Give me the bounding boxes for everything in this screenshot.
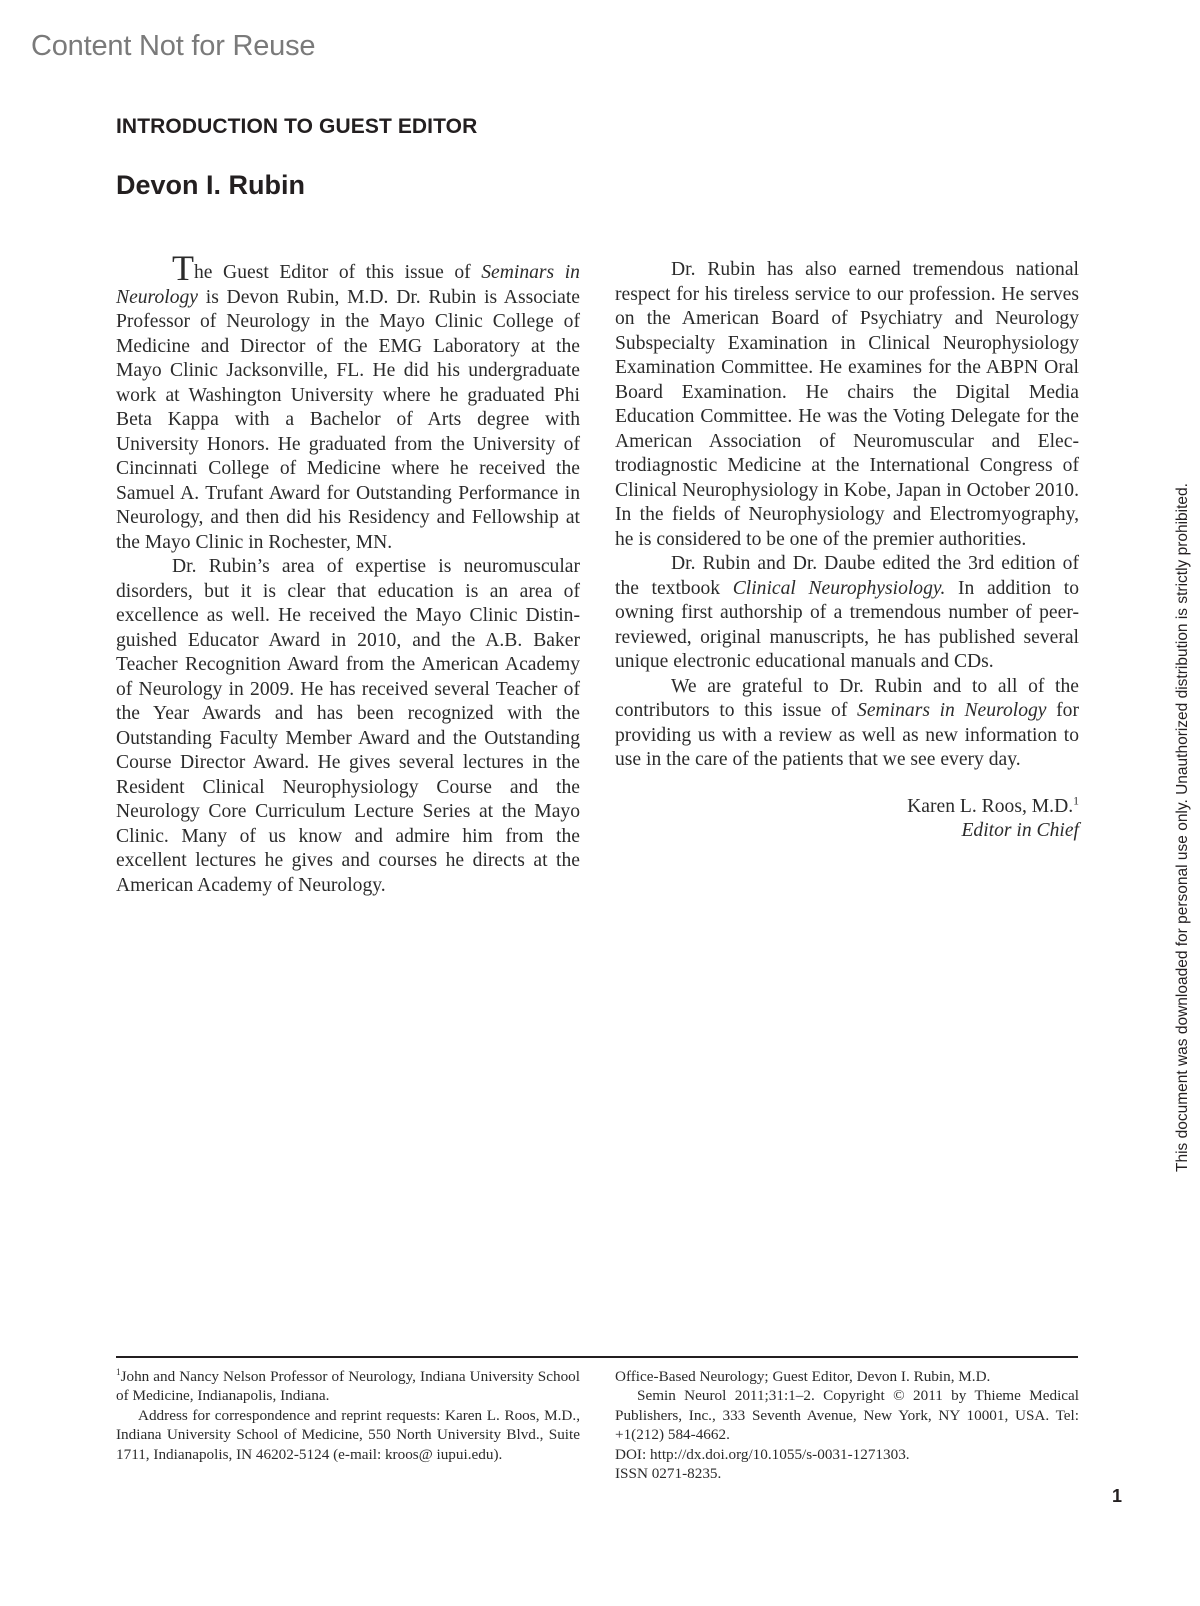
paragraph-textbook: Dr. Rubin and Dr. Daube edited the 3rd e… xyxy=(615,552,1079,675)
guest-editor-name: Devon I. Rubin xyxy=(116,170,305,201)
content-not-for-reuse-watermark: Content Not for Reuse xyxy=(31,30,315,63)
signature-block: Karen L. Roos, M.D.1 Editor in Chief xyxy=(615,795,1079,844)
paragraph-intro: The Guest Editor of this issue of Semina… xyxy=(116,258,580,555)
article-column-right: Dr. Rubin has also earned tremendous nat… xyxy=(615,258,1079,844)
article-column-left: The Guest Editor of this issue of Semina… xyxy=(116,258,580,898)
journal-title: Seminars in Neurology xyxy=(857,700,1046,721)
section-label: INTRODUCTION TO GUEST EDITOR xyxy=(116,115,477,139)
paragraph-service: Dr. Rubin has also earned tremendous nat… xyxy=(615,258,1079,552)
author-affiliation: 1John and Nancy Nelson Professor of Neur… xyxy=(116,1367,580,1406)
issn: ISSN 0271-8235. xyxy=(615,1464,1079,1483)
footnote-divider xyxy=(116,1356,1078,1358)
signature-title: Editor in Chief xyxy=(615,819,1079,844)
correspondence-address: Address for correspondence and reprint r… xyxy=(116,1406,580,1464)
footnote-marker: 1 xyxy=(1073,794,1079,807)
signature-name: Karen L. Roos, M.D.1 xyxy=(615,795,1079,820)
footnotes-left: 1John and Nancy Nelson Professor of Neur… xyxy=(116,1367,580,1464)
textbook-title: Clinical Neurophysiology. xyxy=(733,578,946,599)
page-number: 1 xyxy=(1112,1486,1122,1507)
issue-title: Office-Based Neurology; Guest Editor, De… xyxy=(615,1367,1079,1386)
drop-cap: T xyxy=(172,248,194,288)
paragraph-gratitude: We are grateful to Dr. Rubin and to all … xyxy=(615,675,1079,773)
doi-link[interactable]: DOI: http://dx.doi.org/10.1055/s-0031-12… xyxy=(615,1445,1079,1464)
footnotes-right: Office-Based Neurology; Guest Editor, De… xyxy=(615,1367,1079,1483)
download-notice-vertical: This document was downloaded for persona… xyxy=(1174,483,1192,1172)
paragraph-expertise: Dr. Rubin’s area of expertise is neuromu… xyxy=(116,555,580,898)
citation-copyright: Semin Neurol 2011;31:1–2. Copyright © 20… xyxy=(615,1386,1079,1444)
